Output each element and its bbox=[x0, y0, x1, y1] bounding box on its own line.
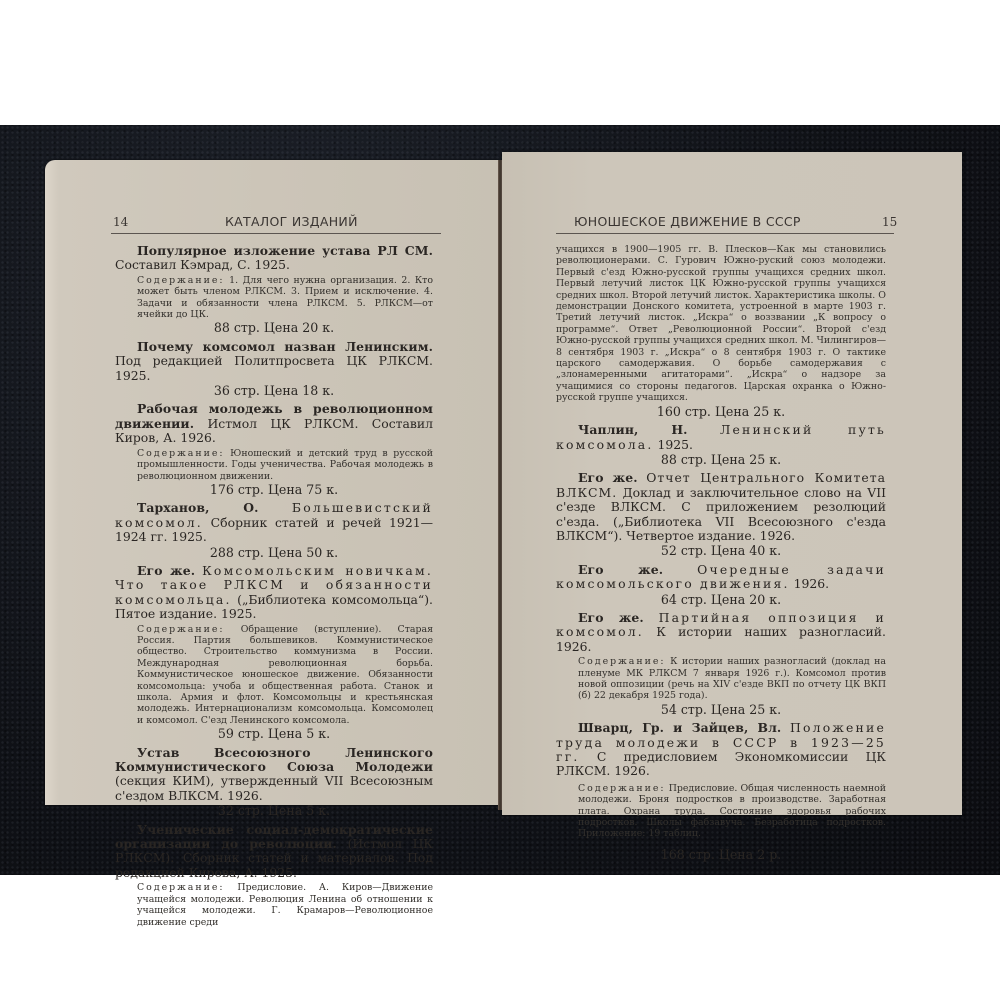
contents-label: Содержание: bbox=[137, 275, 225, 286]
catalog-entry: Устав Всесоюзного Ленинского Коммунистич… bbox=[115, 746, 433, 819]
entry-details: Составил Кэмрад, С. 1925. bbox=[115, 257, 290, 272]
page-number: 15 bbox=[882, 215, 897, 229]
entry-price: 88 стр. Цена 25 к. bbox=[556, 453, 886, 467]
contents-label: Содержание: bbox=[137, 624, 225, 635]
entry-contents: учащихся в 1900—1905 гг. В. Плесков—Как … bbox=[556, 244, 886, 404]
entry-price: 160 стр. Цена 25 к. bbox=[556, 405, 886, 419]
entry-price: 168 стр. Цена 2 р. bbox=[556, 848, 886, 862]
contents-label: Содержание: bbox=[137, 448, 225, 459]
entry-title: Почему комсомол назван Ленинским. bbox=[137, 339, 433, 354]
continued-entry: учащихся в 1900—1905 гг. В. Плесков—Как … bbox=[556, 244, 886, 419]
entry-price: 288 стр. Цена 50 к. bbox=[115, 546, 433, 560]
entry-contents: Обращение (вступление). Старая Россия. П… bbox=[137, 624, 433, 726]
entry-price: 64 стр. Цена 20 к. bbox=[556, 593, 886, 607]
catalog-entry: Его же. Отчет Центрального Комитета ВЛКС… bbox=[556, 471, 886, 558]
running-head: КАТАЛОГ ИЗДАНИЙ bbox=[225, 214, 358, 229]
catalog-column: учащихся в 1900—1905 гг. В. Плесков—Как … bbox=[556, 244, 886, 866]
catalog-entry: Популярное изложение устава РЛ СМ. Соста… bbox=[115, 244, 433, 336]
catalog-entry: Рабочая молодежь в революционном движени… bbox=[115, 402, 433, 497]
entry-title: Устав Всесоюзного Ленинского Коммунистич… bbox=[115, 745, 433, 774]
entry-author: Чаплин, Н. bbox=[578, 422, 688, 437]
contents-label: Содержание: bbox=[137, 882, 225, 893]
entry-price: 32 стр. Цена 5 к. bbox=[115, 804, 433, 818]
catalog-column: Популярное изложение устава РЛ СМ. Соста… bbox=[115, 244, 433, 932]
catalog-entry: Его же. Партийная оппозиция и комсомол. … bbox=[556, 611, 886, 717]
left-page: 14 КАТАЛОГ ИЗДАНИЙ Популярное изложение … bbox=[45, 160, 500, 805]
entry-details: (секция КИМ), утвержденный VII Всесоюзны… bbox=[115, 773, 433, 802]
entry-author: Его же. bbox=[578, 562, 663, 577]
entry-price: 36 стр. Цена 18 к. bbox=[115, 384, 433, 398]
catalog-entry: Тарханов, О. Большевистский комсомол. Сб… bbox=[115, 501, 433, 560]
entry-price: 176 стр. Цена 75 к. bbox=[115, 483, 433, 497]
entry-details: Под редакцией Политпросвета ЦК РЛКСМ. 19… bbox=[115, 353, 433, 382]
contents-label: Содержание: bbox=[578, 656, 666, 667]
entry-price: 88 стр. Цена 20 к. bbox=[115, 321, 433, 335]
entry-title: Популярное изложение устава РЛ СМ. bbox=[137, 243, 433, 258]
entry-details: 1926. bbox=[794, 576, 829, 591]
entry-price: 54 стр. Цена 25 к. bbox=[556, 703, 886, 717]
entry-author: Тарханов, О. bbox=[137, 500, 259, 515]
entry-price: 52 стр. Цена 40 к. bbox=[556, 544, 886, 558]
catalog-entry: Чаплин, Н. Ленинский путь комсомола. 192… bbox=[556, 423, 886, 467]
running-head: ЮНОШЕСКОЕ ДВИЖЕНИЕ В СССР bbox=[574, 214, 801, 229]
right-page: ЮНОШЕСКОЕ ДВИЖЕНИЕ В СССР 15 учащихся в … bbox=[502, 152, 962, 815]
entry-author: Его же. bbox=[578, 470, 638, 485]
page-number: 14 bbox=[113, 215, 128, 229]
catalog-entry: Его же. Комсомольским новичкам. Что тако… bbox=[115, 564, 433, 742]
header-rule bbox=[556, 233, 894, 234]
catalog-entry: Его же. Очередные задачи комсомольского … bbox=[556, 563, 886, 607]
catalog-entry: Ученические социал-демократические орган… bbox=[115, 823, 433, 928]
entry-price: 59 стр. Цена 5 к. bbox=[115, 727, 433, 741]
contents-label: Содержание: bbox=[578, 783, 666, 794]
entry-author: Его же. bbox=[578, 610, 644, 625]
catalog-entry: Почему комсомол назван Ленинским. Под ре… bbox=[115, 340, 433, 399]
entry-author: Его же. bbox=[137, 563, 195, 578]
entry-details: С предисловием Экономкомиссии ЦК РЛКСМ. … bbox=[556, 749, 886, 778]
entry-details: 1925. bbox=[658, 437, 693, 452]
entry-author: Шварц, Гр. и Зайцев, Вл. bbox=[578, 720, 781, 735]
header-rule bbox=[111, 233, 441, 234]
catalog-entry: Шварц, Гр. и Зайцев, Вл. Положение труда… bbox=[556, 721, 886, 862]
